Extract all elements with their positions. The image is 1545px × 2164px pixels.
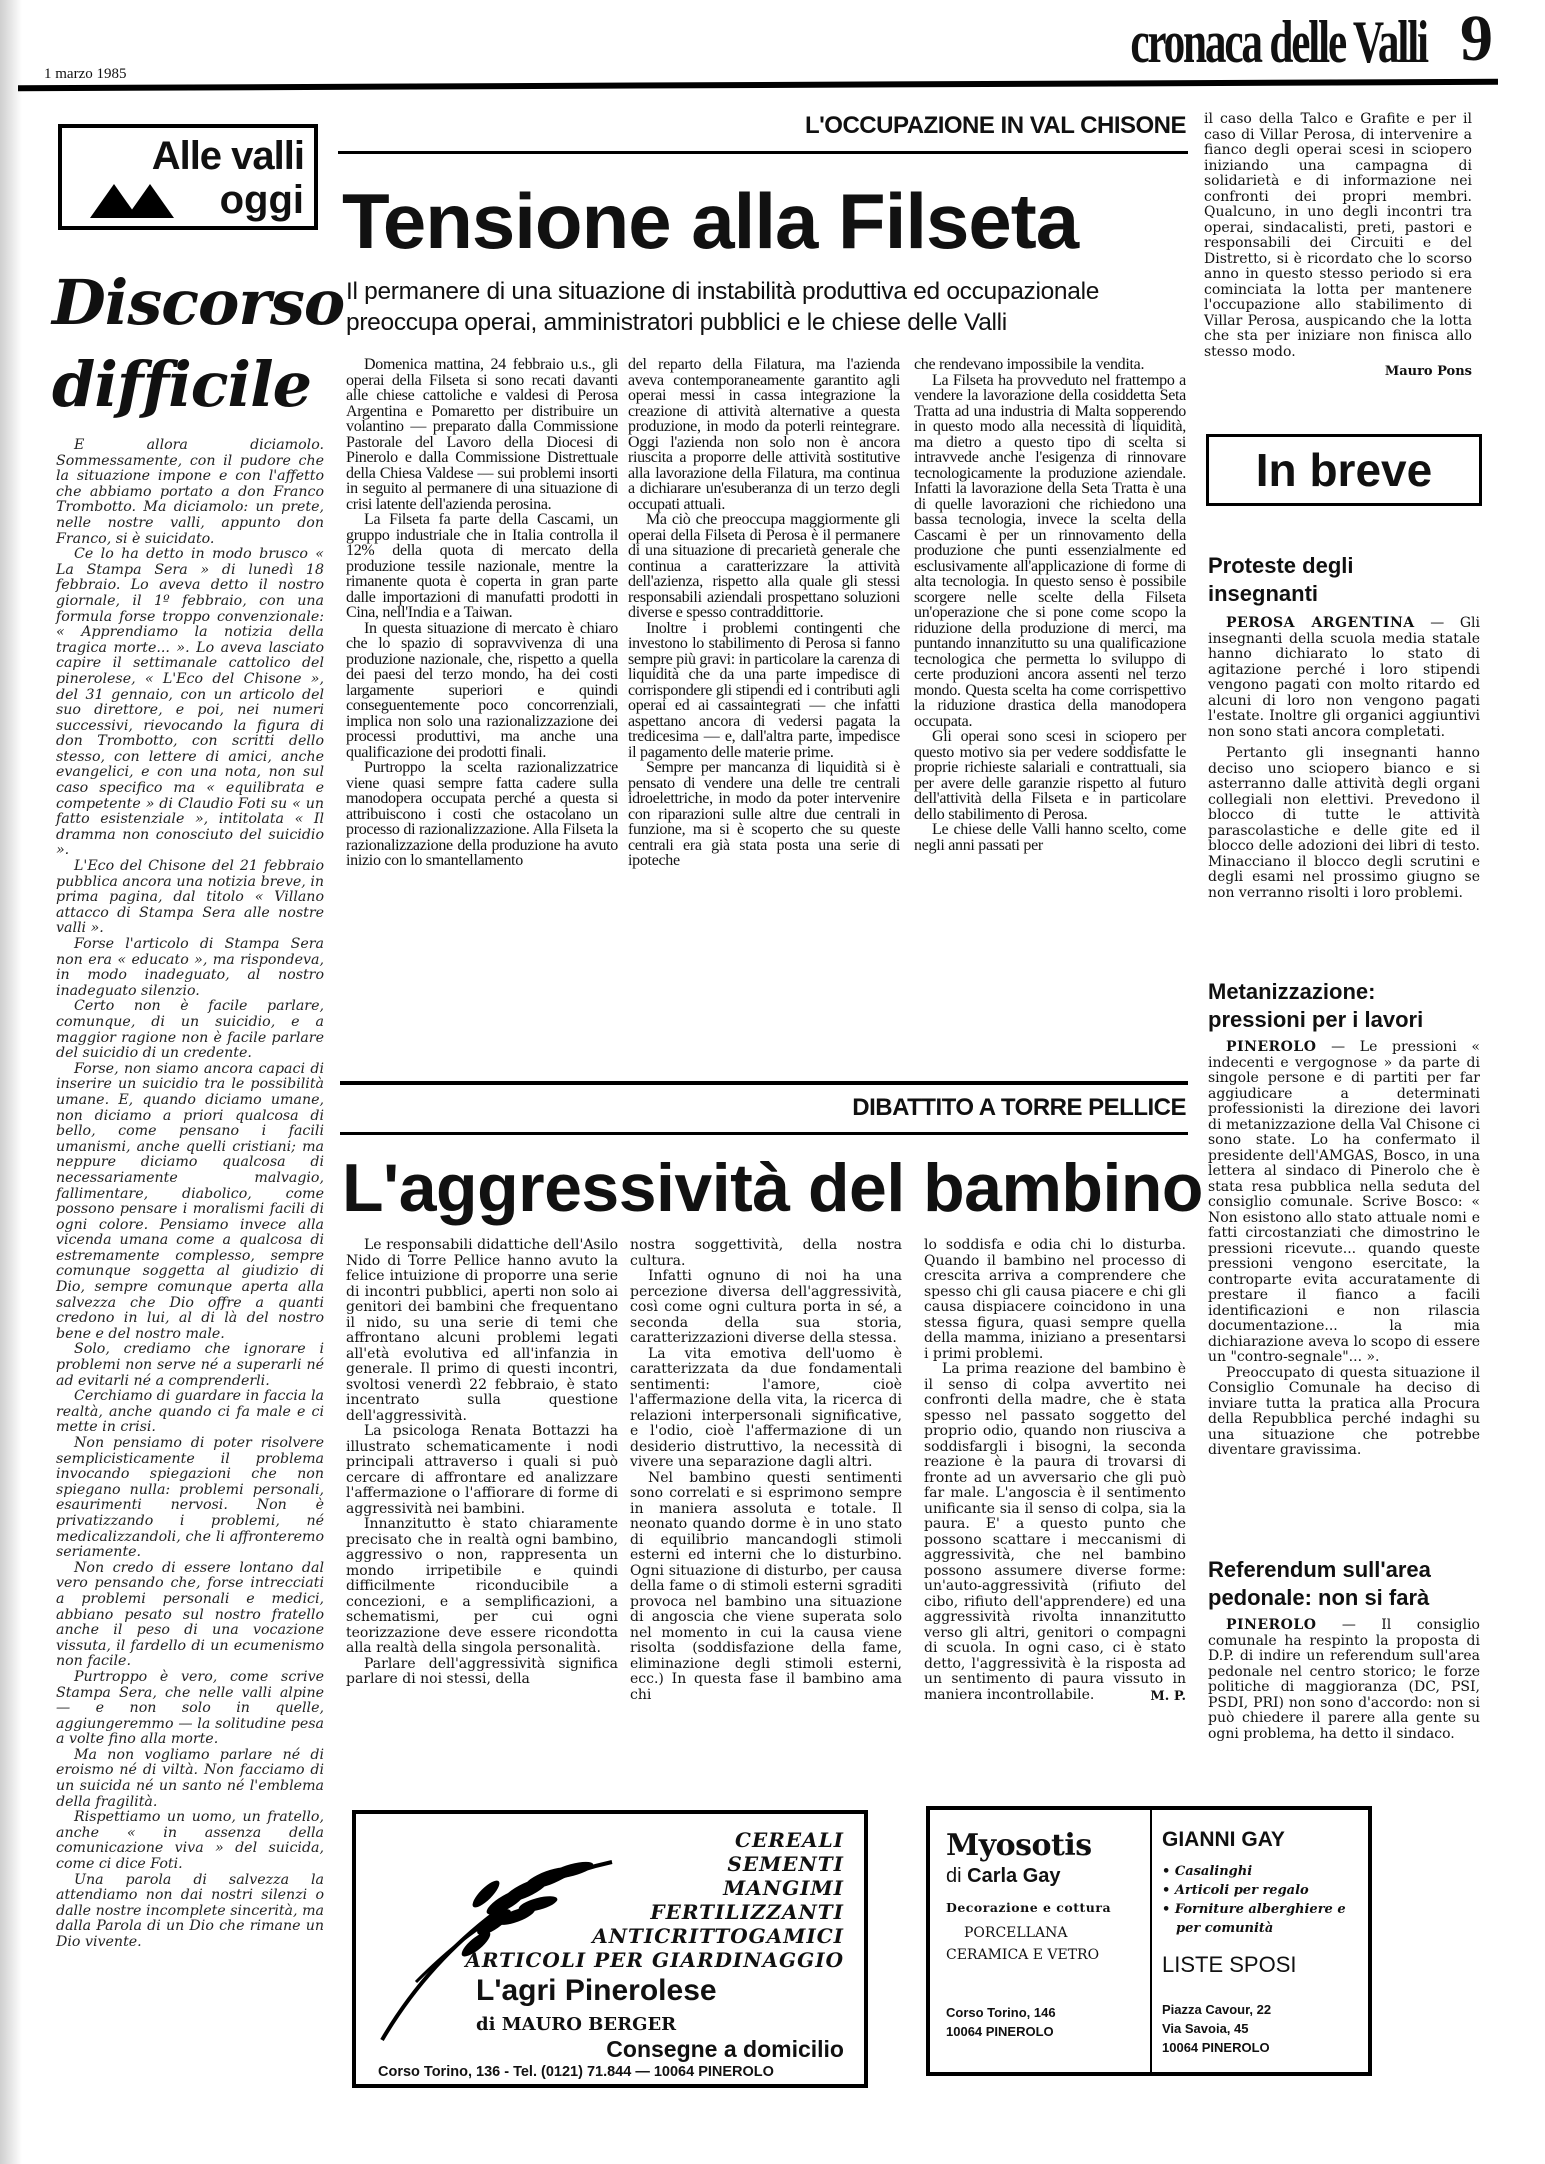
ad-agri-pinerolese: CEREALI SEMENTI MANGIMI FERTILIZZANTI AN… xyxy=(352,1810,868,2088)
mountains-icon xyxy=(90,184,182,218)
ad-myosotis-giannigay: Myosotis di Carla Gay Decorazione e cott… xyxy=(926,1806,1372,2076)
brief-title: Proteste degli insegnanti xyxy=(1208,552,1408,608)
ad-agri-delivery: Consegne a domicilio xyxy=(606,2036,844,2063)
bullet-text: Forniture alberghiere e xyxy=(1175,1902,1346,1917)
article1-column-2: del reparto della Filatura, ma l'azienda… xyxy=(628,357,900,869)
article-paragraph: lo soddisfa e odia chi lo disturba. Quan… xyxy=(924,1238,1186,1362)
myosotis-logo: Myosotis xyxy=(946,1828,1146,1863)
editorial-paragraph: Forse, non siamo ancora capaci di inseri… xyxy=(56,1062,324,1343)
brief-dateline: PINEROLO xyxy=(1226,1039,1316,1055)
brief-dateline: PEROSA ARGENTINA xyxy=(1226,615,1415,631)
brief-item-referendum: Referendum sull'area pedonale: non si fa… xyxy=(1208,1556,1480,1742)
article-paragraph: La vita emotiva dell'uomo è caratterizza… xyxy=(630,1347,902,1471)
product-item: FERTILIZZANTI xyxy=(465,1900,844,1924)
ad-agri-name: L'agri Pinerolese xyxy=(476,1974,717,2008)
editorial-paragraph: Non credo di essere lontano dal vero pen… xyxy=(56,1561,324,1670)
column-logo-line2: oggi xyxy=(220,180,304,220)
article-paragraph: che rendevano impossibile la vendita. xyxy=(914,357,1186,373)
brief-text: Gli insegnanti della scuola media statal… xyxy=(1208,615,1480,740)
editorial-paragraph: L'Eco del Chisone del 21 febbraio pubbli… xyxy=(56,859,324,937)
brief-paragraph: Preoccupato di questa situazione il Cons… xyxy=(1208,1366,1480,1459)
ad-gianni-gay: GIANNI GAY • Casalinghi • Articoli per r… xyxy=(1162,1828,1362,2055)
masthead-rule xyxy=(18,79,1498,91)
article-paragraph: Nel bambino questi sentimenti sono corre… xyxy=(630,1471,902,1704)
in-breve-box: In breve xyxy=(1206,434,1482,506)
ad-agri-address: Corso Torino, 136 - Tel. (0121) 71.844 —… xyxy=(378,2064,774,2080)
article-paragraph: La Filseta fa parte della Cascami, un gr… xyxy=(346,512,618,621)
article-paragraph: Le responsabili didattiche dell'Asilo Ni… xyxy=(346,1238,618,1424)
product-item: ANTICRITTOGAMICI xyxy=(465,1924,844,1948)
bullet-text: Articoli per regalo xyxy=(1175,1883,1309,1898)
brief-title: Referendum sull'area pedonale: non si fa… xyxy=(1208,1556,1478,1612)
article-paragraph: Parlare dell'aggressività significa parl… xyxy=(346,1657,618,1688)
column-logo-box: Alle valli oggi xyxy=(58,124,318,230)
section-masthead: cronaca delle Valli xyxy=(1130,12,1427,72)
editorial-paragraph: Rispettiamo un uomo, un fratello, anche … xyxy=(56,1810,324,1872)
myosotis-line1: PORCELLANA xyxy=(946,1925,1146,1941)
brief-body: PEROSA ARGENTINA — Gli insegnanti della … xyxy=(1208,616,1480,901)
article-paragraph: Le chiese delle Valli hanno scelto, come… xyxy=(914,822,1186,853)
brief-title: Metanizzazione: pressioni per i lavori xyxy=(1208,978,1478,1034)
article-paragraph: il caso della Talco e Grafite e per il c… xyxy=(1204,112,1472,360)
brief-paragraph: PINEROLO — Le pressioni « indecenti e ve… xyxy=(1208,1040,1480,1366)
bullet-item: per comunità xyxy=(1162,1919,1362,1938)
product-item: CEREALI xyxy=(465,1828,844,1852)
editorial-paragraph: Certo non è facile parlare, comunque, di… xyxy=(56,999,324,1061)
editorial-paragraph: Purtroppo è vero, come scrive Stampa Ser… xyxy=(56,1670,324,1748)
article2-top-rule xyxy=(340,1081,1188,1085)
owner-prefix: di xyxy=(946,1865,962,1887)
gianni-gay-liste: LISTE SPOSI xyxy=(1162,1952,1362,1978)
article1-kicker: L'OCCUPAZIONE IN VAL CHISONE xyxy=(600,112,1186,140)
article-paragraph: In questa situazione di mercato è chiaro… xyxy=(346,621,618,761)
article-paragraph: nostra soggettività, della nostra cultur… xyxy=(630,1238,902,1269)
product-item: ARTICOLI PER GIARDINAGGIO xyxy=(465,1948,844,1972)
article1-subhead: Il permanere di una situazione di instab… xyxy=(346,276,1188,338)
brief-paragraph: Pertanto gli insegnanti hanno deciso uno… xyxy=(1208,746,1480,901)
article-paragraph: Domenica mattina, 24 febbraio u.s., gli … xyxy=(346,357,618,512)
editorial-paragraph: Una parola di salvezza la attendiamo non… xyxy=(56,1873,324,1951)
product-item: SEMENTI xyxy=(465,1852,844,1876)
article-paragraph: Purtroppo la scelta razionalizzatrice vi… xyxy=(346,760,618,869)
ad-myosotis: Myosotis di Carla Gay Decorazione e cott… xyxy=(946,1828,1146,2039)
editorial-title-line2: difficile xyxy=(52,344,332,426)
article1-column-3: che rendevano impossibile la vendita. La… xyxy=(914,357,1186,853)
brief-dateline: PINEROLO xyxy=(1226,1617,1316,1633)
editorial-title-line1: Discorso xyxy=(52,262,332,344)
brief-body: PINEROLO — Il consiglio comunale ha resp… xyxy=(1208,1618,1480,1742)
bullet-item: • Articoli per regalo xyxy=(1162,1881,1362,1900)
article1-headline: Tensione alla Filseta xyxy=(342,182,1078,260)
page-number: 9 xyxy=(1460,6,1493,72)
product-item: MANGIMI xyxy=(465,1876,844,1900)
article2-kicker-rule xyxy=(340,1132,1188,1135)
editorial-body: E allora diciamolo. Sommessamente, con i… xyxy=(56,438,324,1951)
myosotis-address2: 10064 PINEROLO xyxy=(946,2024,1146,2039)
editorial-paragraph: Cerchiamo di guardare in faccia la realt… xyxy=(56,1389,324,1436)
editorial-paragraph: Non pensiamo di poter risolvere semplici… xyxy=(56,1436,324,1561)
editorial-paragraph: Solo, crediamo che ignorare i problemi n… xyxy=(56,1342,324,1389)
editorial-title: Discorso difficile xyxy=(52,262,332,426)
bullet-item: • Forniture alberghiere e xyxy=(1162,1900,1362,1919)
ad-agri-products: CEREALI SEMENTI MANGIMI FERTILIZZANTI AN… xyxy=(465,1828,844,1972)
gianni-gay-items: • Casalinghi • Articoli per regalo • For… xyxy=(1162,1862,1362,1938)
article-paragraph: Inoltre i problemi contingenti che inves… xyxy=(628,621,900,761)
article-paragraph: Innanzitutto è stato chiaramente precisa… xyxy=(346,1517,618,1657)
issue-date: 1 marzo 1985 xyxy=(44,66,126,83)
brief-body: PINEROLO — Le pressioni « indecenti e ve… xyxy=(1208,1040,1480,1459)
article1-byline: Mauro Pons xyxy=(1204,364,1472,380)
brief-item-metanizzazione: Metanizzazione: pressioni per i lavori P… xyxy=(1208,978,1480,1459)
article2-column-3: lo soddisfa e odia chi lo disturba. Quan… xyxy=(924,1238,1186,1705)
article1-kicker-rule xyxy=(338,151,1188,154)
article-paragraph: La prima reazione del bambino è il senso… xyxy=(924,1362,1186,1703)
article-paragraph: Gli operai sono scesi in sciopero per qu… xyxy=(914,729,1186,822)
article-paragraph: La Filseta ha provveduto nel frattempo a… xyxy=(914,373,1186,730)
bullet-item: • Casalinghi xyxy=(1162,1862,1362,1881)
scan-edge-shadow xyxy=(0,0,22,2164)
myosotis-service: Decorazione e cottura xyxy=(946,1900,1146,1915)
owner-name: Carla Gay xyxy=(967,1865,1060,1887)
article2-column-2: nostra soggettività, della nostra cultur… xyxy=(630,1238,902,1703)
gianni-gay-address1: Piazza Cavour, 22 xyxy=(1162,2002,1362,2017)
article-paragraph: Ma ciò che preoccupa maggiormente gli op… xyxy=(628,512,900,621)
article-paragraph: La psicologa Renata Bottazzi ha illustra… xyxy=(346,1424,618,1517)
article1-column-1: Domenica mattina, 24 febbraio u.s., gli … xyxy=(346,357,618,869)
editorial-paragraph: Ce lo ha detto in modo brusco « La Stamp… xyxy=(56,547,324,859)
myosotis-address1: Corso Torino, 146 xyxy=(946,2005,1146,2020)
brief-item-insegnanti: Proteste degli insegnanti PEROSA ARGENTI… xyxy=(1208,552,1480,901)
brief-text: Il consiglio comunale ha respinto la pro… xyxy=(1208,1617,1480,1742)
article2-kicker: DIBATTITO A TORRE PELLICE xyxy=(600,1094,1186,1122)
gianni-gay-address2: Via Savoia, 45 xyxy=(1162,2021,1362,2036)
article2-column-1: Le responsabili didattiche dell'Asilo Ni… xyxy=(346,1238,618,1688)
ad-agri-owner: di MAURO BERGER xyxy=(476,2014,676,2035)
gianni-gay-name: GIANNI GAY xyxy=(1162,1828,1362,1852)
ad-divider xyxy=(1150,1810,1152,2072)
article-paragraph: Sempre per mancanza di liquidità si è pe… xyxy=(628,760,900,869)
gianni-gay-address3: 10064 PINEROLO xyxy=(1162,2040,1362,2055)
article-paragraph: del reparto della Filatura, ma l'azienda… xyxy=(628,357,900,512)
column-logo-line1: Alle valli xyxy=(152,136,304,176)
editorial-paragraph: Forse l'articolo di Stampa Sera non era … xyxy=(56,937,324,999)
myosotis-line2: CERAMICA E VETRO xyxy=(946,1947,1146,1963)
myosotis-owner: di Carla Gay xyxy=(946,1865,1146,1888)
bullet-text: per comunità xyxy=(1176,1921,1273,1936)
article-paragraph: Infatti ognuno di noi ha una percezione … xyxy=(630,1269,902,1347)
editorial-paragraph: Ma non vogliamo parlare né di eroismo né… xyxy=(56,1748,324,1810)
brief-paragraph: PINEROLO — Il consiglio comunale ha resp… xyxy=(1208,1618,1480,1742)
editorial-paragraph: E allora diciamolo. Sommessamente, con i… xyxy=(56,438,324,547)
brief-paragraph: PEROSA ARGENTINA — Gli insegnanti della … xyxy=(1208,616,1480,740)
article1-column-4: il caso della Talco e Grafite e per il c… xyxy=(1204,112,1472,380)
brief-text: Le pressioni « indecenti e vergognose » … xyxy=(1208,1039,1480,1365)
article2-headline: L'aggressività del bambino xyxy=(342,1154,1203,1222)
bullet-text: Casalinghi xyxy=(1175,1864,1252,1879)
